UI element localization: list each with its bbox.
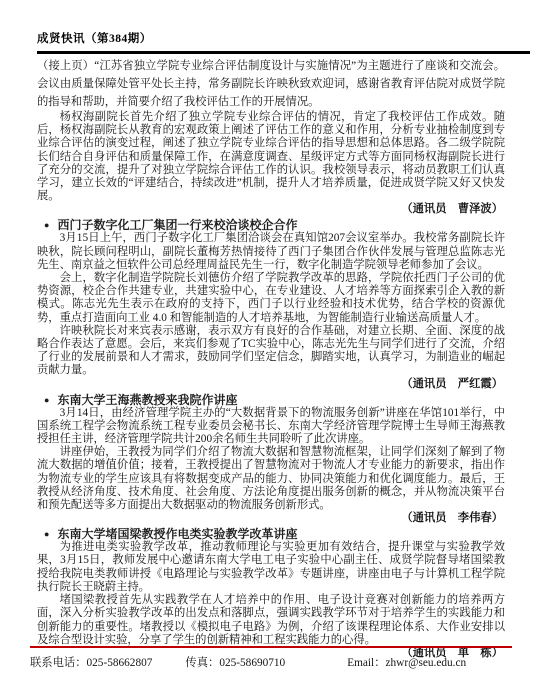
contact-phone: 联系电话：025-58662807	[30, 654, 152, 670]
byline: （通讯员 严红霞）	[37, 378, 503, 391]
page-footer: 联系电话：025-58662807 传真：025-58690710 Email：…	[30, 646, 512, 670]
bullet-icon: ●	[44, 393, 49, 407]
masthead: 成贤快讯（第384期）	[37, 30, 530, 54]
bullet-icon: ●	[44, 527, 49, 541]
email-label: Email：	[347, 657, 385, 669]
lead-paragraph-1: （接上页）“江苏省独立学院专业综合评估制度设计与实施情况”为主题进行了座谈和交流…	[37, 57, 505, 111]
newsletter-page: 成贤快讯（第384期） （接上页）“江苏省独立学院专业综合评估制度设计与实施情况…	[0, 0, 542, 696]
bullet-icon: ●	[44, 218, 49, 232]
masthead-rule	[37, 51, 530, 54]
fax-label: 传真：	[185, 657, 219, 669]
section-title-text: 东南大学王海燕教授来我院作讲座	[57, 393, 237, 407]
newsletter-content: （接上页）“江苏省独立学院专业综合评估制度设计与实施情况”为主题进行了座谈和交流…	[37, 57, 505, 660]
lead-paragraph-2: 杨权海副院长首先介绍了独立学院专业综合评估的情况，肯定了我校评估工作成效。随后，…	[37, 111, 505, 203]
section-title: ● 西门子数字化工厂集团一行来校洽谈校企合作	[44, 218, 505, 232]
paragraph: 3月15日上午，西门子数字化工厂集团洽谈会在真知馆207会议室举办。我校常务副院…	[37, 232, 505, 272]
contact-email: Email：zhwr@seu.edu.cn	[347, 654, 466, 670]
section-duguoliang-lecture: ● 东南大学堵国梁教授作电类实验教学改革讲座 为推进电类实验教学改革，推动教师理…	[37, 527, 505, 660]
byline-lead: （通讯员 曹泽波）	[37, 203, 503, 216]
paragraph: 为推进电类实验教学改革，推动教师理论与实验更加有效结合，提升课堂与实验教学效果，…	[37, 541, 505, 594]
paragraph: 堵国梁教授首先从实践教学在人才培养中的作用、电子设计竞赛对创新能力的培养两方面，…	[37, 594, 505, 647]
section-title-text: 西门子数字化工厂集团一行来校洽谈校企合作	[57, 218, 297, 232]
section-wanghaiyan-lecture: ● 东南大学王海燕教授来我院作讲座 3月14日，由经济管理学院主办的“大数据背景…	[37, 393, 505, 526]
byline: （通讯员 李伟春）	[37, 512, 503, 525]
footer-rule	[30, 646, 512, 648]
fax-value: 025-58690710	[219, 657, 285, 669]
paragraph: 会上，数字化制造学院院长刘德仿介绍了学院教学改革的思路，学院依托西门子公司的优势…	[37, 272, 505, 325]
phone-value: 025-58662807	[87, 657, 153, 669]
paragraph: 许映秋院长对来宾表示感谢，表示双方有良好的合作基础，对建立长期、全面、深度的战略…	[37, 325, 505, 378]
contact-fax: 传真：025-58690710	[185, 654, 285, 670]
section-title: ● 东南大学堵国梁教授作电类实验教学改革讲座	[44, 527, 505, 541]
section-siemens-visit: ● 西门子数字化工厂集团一行来校洽谈校企合作 3月15日上午，西门子数字化工厂集…	[37, 218, 505, 390]
phone-label: 联系电话：	[30, 657, 87, 669]
section-title: ● 东南大学王海燕教授来我院作讲座	[44, 393, 505, 407]
contact-row: 联系电话：025-58662807 传真：025-58690710 Email：…	[30, 654, 512, 670]
section-title-text: 东南大学堵国梁教授作电类实验教学改革讲座	[57, 527, 297, 541]
paragraph: 讲座伊始，王教授为同学们介绍了物流大数据和智慧物流框架，让同学们深刻了解到了物流…	[37, 446, 505, 512]
masthead-title: 成贤快讯（第384期）	[37, 30, 530, 46]
paragraph: 3月14日，由经济管理学院主办的“大数据背景下的物流服务创新”讲座在华馆101举…	[37, 407, 505, 447]
email-value: zhwr@seu.edu.cn	[386, 657, 467, 669]
